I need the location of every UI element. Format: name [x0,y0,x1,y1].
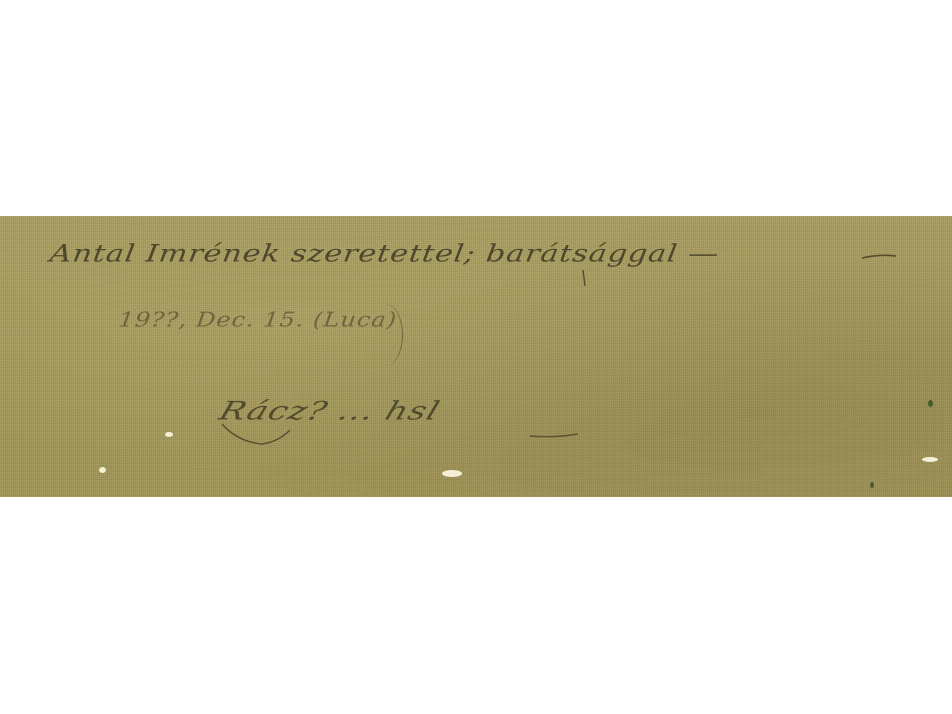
paint-speck [922,457,938,462]
canvas-back-photo: Antal Imrének szeretettel; barátsággal —… [0,216,952,497]
paint-speck [165,432,173,437]
dark-speck [928,400,933,407]
inscription-line-2-date: 19??, Dec. 15. (Luca) [117,308,398,332]
signature: Rácz? ... hsl [215,396,444,426]
luca-parenthesis [368,304,403,366]
paint-speck [99,467,106,473]
inscription-line-1: Antal Imrének szeretettel; barátsággal — [48,240,721,268]
dark-speck [870,482,874,488]
paint-speck [442,470,462,477]
